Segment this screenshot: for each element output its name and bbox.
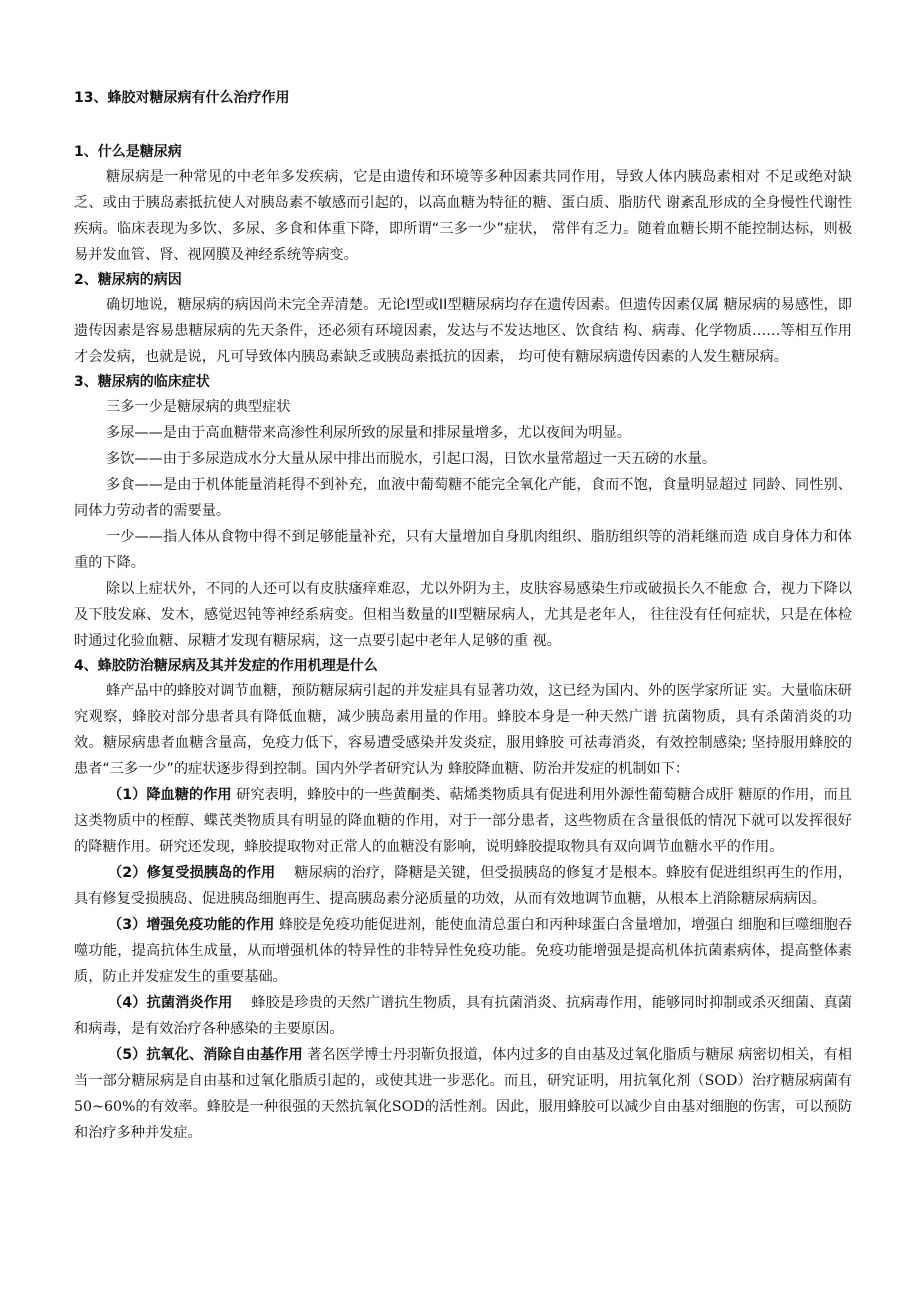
section-heading: 2、糖尿病的病因: [74, 268, 852, 292]
paragraph: 多饮——由于多尿造成水分大量从尿中排出而脱水，引起口渴，日饮水量常超过一天五磅的…: [74, 446, 852, 472]
mechanism-item: （4）抗菌消炎作用 蜂胶是珍贵的天然广谱抗生物质，具有抗菌消炎、抗病毒作用，能够…: [74, 990, 852, 1042]
paragraph: 确切地说，糖尿病的病因尚未完全弄清楚。无论I型或II型糖尿病均存在遗传因素。但遗…: [74, 292, 852, 370]
paragraph: 除以上症状外，不同的人还可以有皮肤瘙痒难忍，尤以外阴为主，皮肤容易感染生疖或破损…: [74, 576, 852, 654]
section-heading: 3、糖尿病的临床症状: [74, 370, 852, 394]
mechanism-lead: （1）降血糖的作用: [108, 787, 232, 803]
paragraph: 三多一少是糖尿病的典型症状: [74, 394, 852, 420]
section-causes: 2、糖尿病的病因 确切地说，糖尿病的病因尚未完全弄清楚。无论I型或II型糖尿病均…: [74, 268, 852, 370]
paragraph: 糖尿病是一种常见的中老年多发疾病，它是由遗传和环境等多种因素共同作用，导致人体内…: [74, 164, 852, 268]
paragraph: 多尿——是由于高血糖带来高渗性利尿所致的尿量和排尿量增多，尤以夜间为明显。: [74, 420, 852, 446]
mechanism-item: （5）抗氧化、消除自由基作用 著名医学博士丹羽靳负报道，体内过多的自由基及过氧化…: [74, 1042, 852, 1146]
mechanism-item: （2）修复受损胰岛的作用 糖尿病的治疗，降糖是关键，但受损胰岛的修复才是根本。蜂…: [74, 860, 852, 912]
mechanism-lead: （5）抗氧化、消除自由基作用: [108, 1047, 303, 1063]
section-mechanism: 4、蜂胶防治糖尿病及其并发症的作用机理是什么 蜂产品中的蜂胶对调节血糖，预防糖尿…: [74, 654, 852, 1146]
mechanism-item: （1）降血糖的作用 研究表明，蜂胶中的一些黄酮类、萜烯类物质具有促进利用外源性葡…: [74, 782, 852, 860]
mechanism-lead: （3）增强免疫功能的作用: [108, 917, 274, 933]
mechanism-item: （3）增强免疫功能的作用 蜂胶是免疫功能促进剂，能使血清总蛋白和丙种球蛋白含量增…: [74, 912, 852, 990]
section-symptoms: 3、糖尿病的临床症状 三多一少是糖尿病的典型症状 多尿——是由于高血糖带来高渗性…: [74, 370, 852, 654]
paragraph: 一少——指人体从食物中得不到足够能量补充，只有大量增加自身肌肉组织、脂肪组织等的…: [74, 524, 852, 576]
section-heading: 4、蜂胶防治糖尿病及其并发症的作用机理是什么: [74, 654, 852, 678]
mechanism-lead: （2）修复受损胰岛的作用: [108, 865, 275, 881]
paragraph: 蜂产品中的蜂胶对调节血糖，预防糖尿病引起的并发症具有显著功效，这已经为国内、外的…: [74, 678, 852, 782]
document-page: 13、蜂胶对糖尿病有什么治疗作用 1、什么是糖尿病 糖尿病是一种常见的中老年多发…: [74, 86, 852, 1146]
document-title: 13、蜂胶对糖尿病有什么治疗作用: [74, 86, 852, 110]
paragraph: 多食——是由于机体能量消耗得不到补充，血液中葡萄糖不能完全氧化产能，食而不饱，食…: [74, 472, 852, 524]
section-what-is-diabetes: 1、什么是糖尿病 糖尿病是一种常见的中老年多发疾病，它是由遗传和环境等多种因素共…: [74, 140, 852, 268]
section-heading: 1、什么是糖尿病: [74, 140, 852, 164]
mechanism-lead: （4）抗菌消炎作用: [108, 995, 232, 1011]
spacer: [74, 110, 852, 140]
